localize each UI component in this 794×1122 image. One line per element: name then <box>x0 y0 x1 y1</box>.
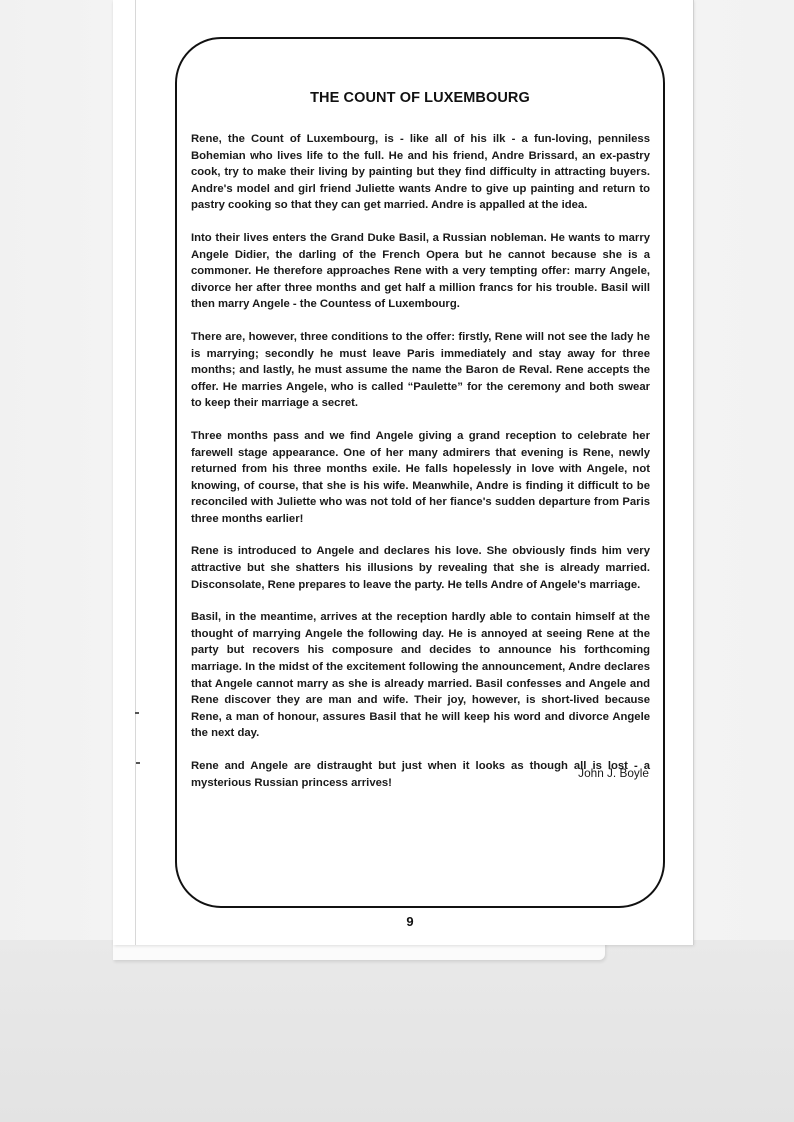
page-edge-line <box>693 0 694 945</box>
paragraph: There are, however, three conditions to … <box>191 329 650 412</box>
paragraph: Rene, the Count of Luxembourg, is - like… <box>191 131 650 214</box>
page-number: 9 <box>395 914 425 929</box>
page-title: THE COUNT OF LUXEMBOURG <box>175 90 665 106</box>
scanner-background <box>0 940 794 1122</box>
synopsis-body: Rene, the Count of Luxembourg, is - like… <box>191 131 650 807</box>
paragraph: Three months pass and we find Angele giv… <box>191 428 650 528</box>
staple-mark <box>135 712 139 714</box>
staple-mark <box>136 762 140 764</box>
author-signature: John J. Boyle <box>500 766 649 780</box>
paragraph: Rene is introduced to Angele and declare… <box>191 543 650 593</box>
paragraph: Basil, in the meantime, arrives at the r… <box>191 609 650 742</box>
page-fold-line <box>135 0 136 945</box>
paragraph: Into their lives enters the Grand Duke B… <box>191 230 650 313</box>
